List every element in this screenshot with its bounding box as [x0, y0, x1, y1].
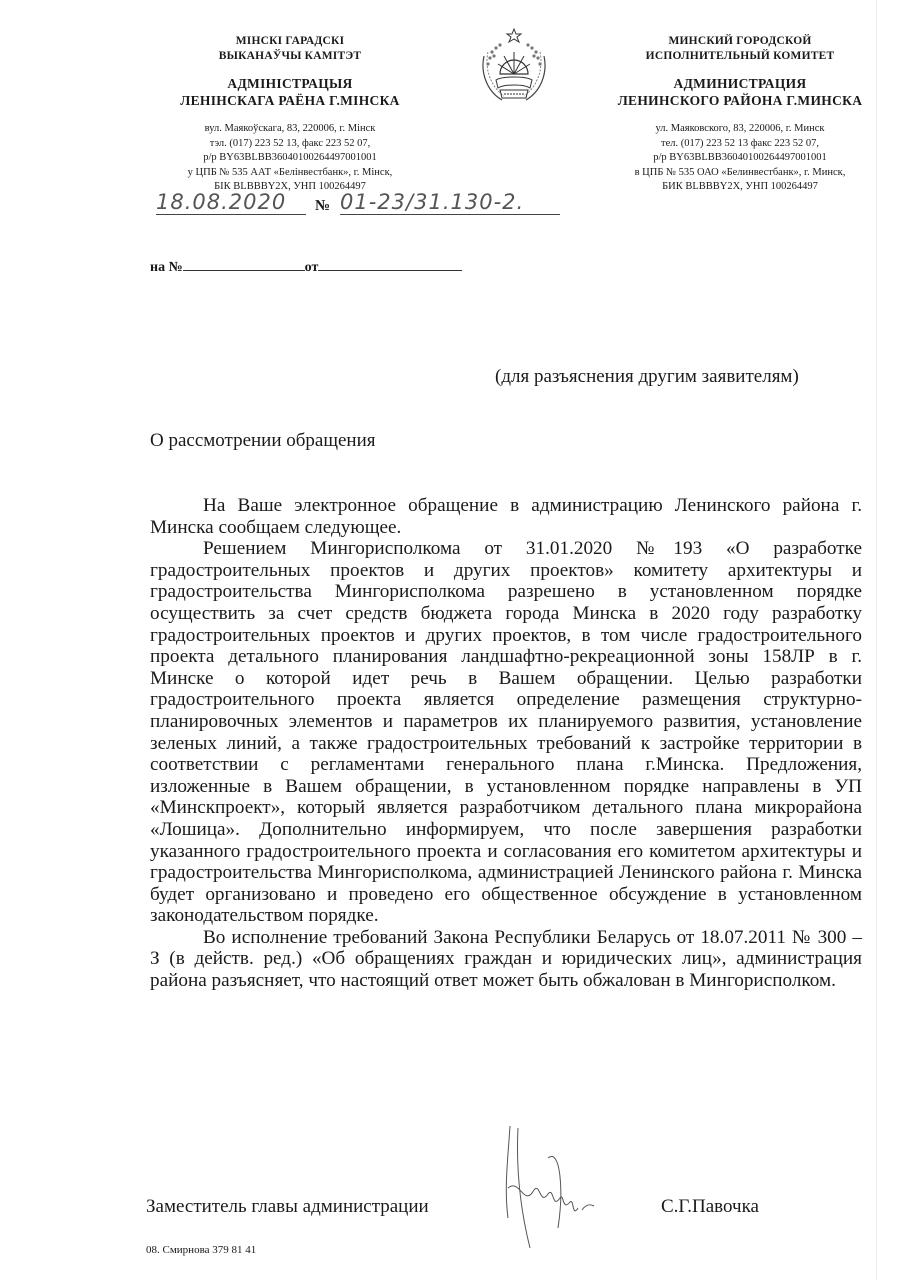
body-paragraph: Во исполнение требований Закона Республи…	[150, 927, 862, 992]
admin-name-line2: ЛЕНИНСКОГО РАЙОНА Г.МИНСКА	[590, 92, 890, 109]
letter-page: МІНСКІ ГАРАДСКІ ВЫКАНАЎЧЫ КАМІТЭТ АДМІНІ…	[0, 0, 904, 1280]
admin-name: АДМИНИСТРАЦИЯ ЛЕНИНСКОГО РАЙОНА Г.МИНСКА	[590, 75, 890, 109]
admin-name: АДМІНІСТРАЦЫЯ ЛЕНІНСКАГА РАЁНА Г.МІНСКА	[140, 75, 440, 109]
admin-name-line1: АДМІНІСТРАЦЫЯ	[140, 75, 440, 92]
admin-name-line2: ЛЕНІНСКАГА РАЁНА Г.МІНСКА	[140, 92, 440, 109]
admin-name-line1: АДМИНИСТРАЦИЯ	[590, 75, 890, 92]
letter-body: На Ваше электронное обращение в админист…	[150, 495, 862, 992]
account-line: р/р BY63BLBB36040100264497001001	[140, 151, 440, 166]
signatory-title: Заместитель главы администрации	[146, 1196, 429, 1218]
reference-date-blank	[318, 258, 462, 271]
reference-number-blank	[183, 258, 305, 271]
address-block: вул. Маякоўскага, 83, 220006, г. Мінск т…	[140, 122, 440, 195]
account-line: р/р BY63BLBB36040100264497001001	[590, 151, 890, 166]
number-sign: №	[315, 198, 330, 215]
reference-line: на №от	[150, 258, 462, 276]
registration-date: 18.08.2020	[156, 190, 306, 215]
bank-line: у ЦПБ № 535 ААТ «Белінвестбанк», г. Мінс…	[140, 166, 440, 181]
phone-line: тэл. (017) 223 52 13, факс 223 52 07,	[140, 137, 440, 152]
body-paragraph: На Ваше электронное обращение в админист…	[150, 495, 862, 538]
org-name-line1: МИНСКИЙ ГОРОДСКОЙ	[590, 34, 890, 49]
letterhead-belarusian: МІНСКІ ГАРАДСКІ ВЫКАНАЎЧЫ КАМІТЭТ АДМІНІ…	[140, 34, 440, 195]
letter-subject: О рассмотрении обращения	[150, 430, 376, 452]
address-line: вул. Маякоўскага, 83, 220006, г. Мінск	[140, 122, 440, 137]
org-name-line1: МІНСКІ ГАРАДСКІ	[140, 34, 440, 49]
reference-from-label: от	[305, 260, 319, 275]
reference-number-label: на №	[150, 260, 183, 275]
address-block: ул. Маяковского, 83, 220006, г. Минск те…	[590, 122, 890, 195]
phone-line: тел. (017) 223 52 13 факс 223 52 07,	[590, 137, 890, 152]
registration-number: 01-23/31.130-2.	[340, 190, 560, 215]
address-line: ул. Маяковского, 83, 220006, г. Минск	[590, 122, 890, 137]
bic-line: БИК BLBBBY2X, УНП 100264497	[590, 180, 890, 195]
addressee-note: (для разъяснения другим заявителям)	[495, 366, 799, 388]
bank-line: в ЦПБ № 535 ОАО «Белинвестбанк», г. Минс…	[590, 166, 890, 181]
registration-line: 18.08.2020 № 01-23/31.130-2.	[150, 190, 580, 224]
executor-footer: 08. Смирнова 379 81 41	[146, 1244, 256, 1256]
letterhead-russian: МИНСКИЙ ГОРОДСКОЙ ИСПОЛНИТЕЛЬНЫЙ КОМИТЕТ…	[590, 34, 890, 195]
handwritten-signature	[490, 1118, 600, 1258]
body-paragraph: Решением Мингорисполкома от 31.01.2020 №…	[150, 538, 862, 927]
org-name-line2: ИСПОЛНИТЕЛЬНЫЙ КОМИТЕТ	[590, 49, 890, 64]
coat-of-arms-icon	[470, 26, 558, 112]
org-name-line2: ВЫКАНАЎЧЫ КАМІТЭТ	[140, 49, 440, 64]
signatory-name: С.Г.Павочка	[661, 1196, 759, 1218]
